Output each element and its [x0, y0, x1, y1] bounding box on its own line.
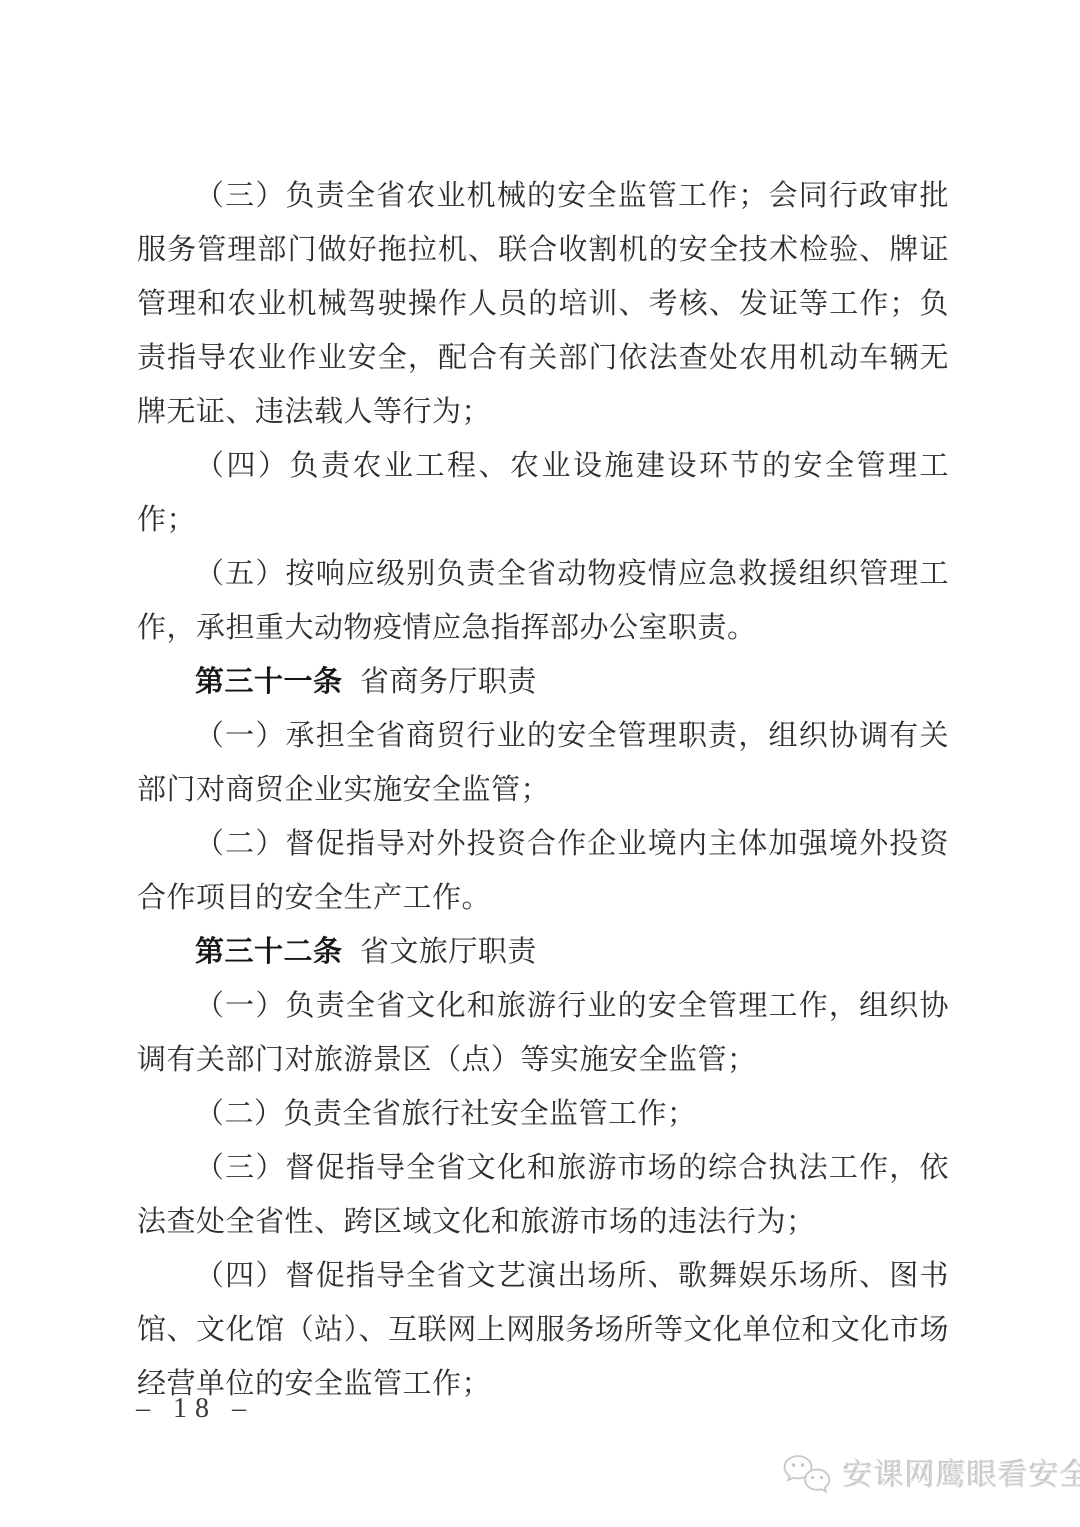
- document-body: （三）负责全省农业机械的安全监管工作；会同行政审批服务管理部门做好拖拉机、联合收…: [137, 169, 949, 1411]
- paragraph: （四）负责农业工程、农业设施建设环节的安全管理工作；: [137, 439, 949, 547]
- article-title: 省文旅厅职责: [360, 936, 537, 968]
- paragraph: （二）负责全省旅行社安全监管工作；: [137, 1087, 949, 1141]
- paragraph: （四）督促指导全省文艺演出场所、歌舞娱乐场所、图书馆、文化馆（站）、互联网上网服…: [137, 1249, 949, 1411]
- article-number: 第三十一条: [195, 666, 343, 698]
- page-number: – 18 –: [136, 1392, 254, 1426]
- wechat-icon: [782, 1453, 834, 1499]
- paragraph: （一）负责全省文化和旅游行业的安全管理工作，组织协调有关部门对旅游景区（点）等实…: [137, 979, 949, 1087]
- paragraph: （三）负责全省农业机械的安全监管工作；会同行政审批服务管理部门做好拖拉机、联合收…: [137, 169, 949, 439]
- article-title: 省商务厅职责: [360, 666, 537, 698]
- paragraph: （一）承担全省商贸行业的安全管理职责，组织协调有关部门对商贸企业实施安全监管；: [137, 709, 949, 817]
- paragraph: （三）督促指导全省文化和旅游市场的综合执法工作，依法查处全省性、跨区域文化和旅游…: [137, 1141, 949, 1249]
- watermark: 安课网鹰眼看安全: [782, 1452, 1080, 1500]
- watermark-text: 安课网鹰眼看安全: [843, 1452, 1080, 1500]
- document-page: （三）负责全省农业机械的安全监管工作；会同行政审批服务管理部门做好拖拉机、联合收…: [0, 0, 1080, 1527]
- article-heading: 第三十一条省商务厅职责: [137, 655, 949, 709]
- article-heading: 第三十二条省文旅厅职责: [137, 925, 949, 979]
- article-number: 第三十二条: [195, 936, 343, 968]
- paragraph: （五）按响应级别负责全省动物疫情应急救援组织管理工作，承担重大动物疫情应急指挥部…: [137, 547, 949, 655]
- paragraph: （二）督促指导对外投资合作企业境内主体加强境外投资合作项目的安全生产工作。: [137, 817, 949, 925]
